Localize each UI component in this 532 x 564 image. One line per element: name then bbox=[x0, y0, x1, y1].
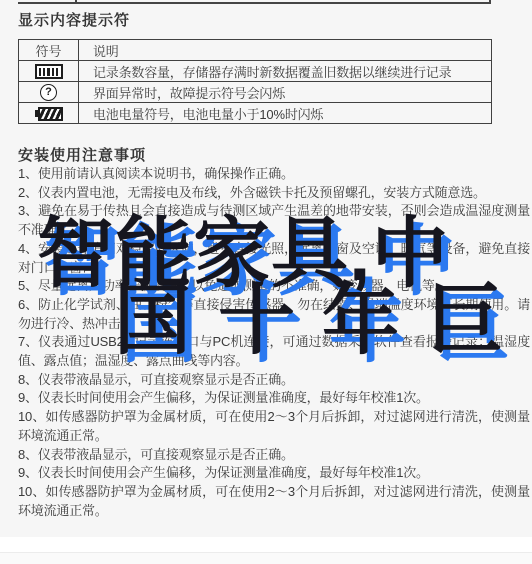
list-item: 8、仪表带液晶显示，可直接观察显示是否正确。 bbox=[18, 446, 530, 465]
top-table-remnant-tick bbox=[489, 0, 491, 4]
battery-low-icon bbox=[35, 107, 63, 121]
list-item: 2、仪表内置电池，无需接电及布线，外含磁铁卡托及预留螺孔，安装方式随意选。 bbox=[18, 184, 530, 203]
description-column-header: 说明 bbox=[79, 40, 492, 61]
table-row: 电池电量符号，电池电量小于10%时闪烁 bbox=[19, 103, 492, 124]
list-item: 10、如传感器防护罩为金属材质，可在使用2～3个月后拆卸，对过滤网进行清洗，使测… bbox=[18, 483, 530, 520]
list-item: 4、安装的环境相对稳定的区域，避免直接光照，远离门窗及空调、暖气等设备，避免直接… bbox=[18, 240, 530, 277]
top-table-remnant-line bbox=[18, 2, 491, 4]
table-cell-description: 界面异常时，故障提示符号会闪烁 bbox=[79, 82, 492, 103]
record-bars-icon bbox=[35, 64, 63, 79]
question-circle-icon: ? bbox=[40, 84, 57, 101]
list-item: 7、仪表通过USB2.0记录连接口与PC机连接，可通过数据采集软件查看报警记录；… bbox=[18, 333, 530, 370]
symbols-section-title: 显示内容提示符 bbox=[18, 9, 130, 30]
list-item: 10、如传感器防护罩为金属材质，可在使用2～3个月后拆卸，对过滤网进行清洗，使测… bbox=[18, 408, 530, 445]
symbol-column-header: 符号 bbox=[19, 40, 79, 61]
list-item: 3、避免在易于传热且会直接造成与待测区域产生温差的地带安装，否则会造成温湿度测量… bbox=[18, 202, 530, 239]
symbols-table: 符号 说明 记录条数容量，存储器存满时新数据覆盖旧数据以继续进行记录 ? 界面异… bbox=[18, 39, 492, 124]
installation-notes-list: 1、使用前请认真阅读本说明书，确保操作正确。 2、仪表内置电池，无需接电及布线，… bbox=[18, 165, 530, 520]
list-item: 6、防止化学试剂、油、粉尘等直接侵害传感器，勿在结露、极端温度环境下长期使用。请… bbox=[18, 296, 530, 333]
table-header-row: 符号 说明 bbox=[19, 40, 492, 61]
table-cell-description: 记录条数容量，存储器存满时新数据覆盖旧数据以继续进行记录 bbox=[79, 61, 492, 82]
table-row: 记录条数容量，存储器存满时新数据覆盖旧数据以继续进行记录 bbox=[19, 61, 492, 82]
list-item: 8、仪表带液晶显示，可直接观察显示是否正确。 bbox=[18, 371, 530, 390]
top-table-remnant-tick bbox=[75, 0, 77, 4]
list-item: 5、尽量远离大功率干扰设备，以免造成测量的不准确，如变频器、电机等。 bbox=[18, 277, 530, 296]
list-item: 9、仪表长时间使用会产生偏移，为保证测量准确度，最好每年校准1次。 bbox=[18, 464, 530, 483]
list-item: 9、仪表长时间使用会产生偏移，为保证测量准确度，最好每年校准1次。 bbox=[18, 389, 530, 408]
list-item: 1、使用前请认真阅读本说明书，确保操作正确。 bbox=[18, 165, 530, 184]
table-row: ? 界面异常时，故障提示符号会闪烁 bbox=[19, 82, 492, 103]
manual-page: 显示内容提示符 符号 说明 记录条数容量，存储器存满时新数据覆盖旧数据以继续进行… bbox=[0, 0, 532, 564]
bottom-sub-strip bbox=[0, 553, 532, 564]
table-cell-description: 电池电量符号，电池电量小于10%时闪烁 bbox=[79, 103, 492, 124]
notes-section-title: 安装使用注意事项 bbox=[18, 144, 146, 165]
